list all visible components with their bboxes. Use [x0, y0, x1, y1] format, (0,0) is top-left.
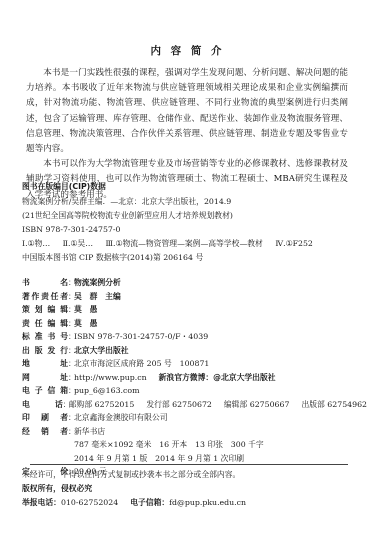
planning-editor-value: 莫 愚 [74, 303, 367, 317]
colophon-distributor-row: 经销者 ： 新华书店 [22, 425, 367, 439]
colophon-website-row: 网址 ： http://www.pup.cn新浪官方微博：@北京大学出版社 [22, 371, 367, 385]
cip-number: 中国版本图书馆 CIP 数据核字(2014)第 206164 号 [22, 251, 362, 265]
divider-rule [30, 464, 348, 465]
colophon-block: 书名 ： 物流案例分析 著作责任者 ： 吴 群 主编 策划编辑 ： 莫 愚 责任… [22, 276, 367, 479]
colophon-phone-row: 电话 ： 邮购部 62752015发行部 62750672编辑部 6275066… [22, 398, 367, 412]
colophon-edition-row: 2014 年 9 月第 1 版 2014 年 9 月第 1 次印刷 [22, 452, 367, 466]
colophon-label: 出版发行 [22, 344, 68, 358]
cip-line-series: (21世纪全国高等院校物流专业创新型应用人才培养规划教材) [22, 209, 362, 223]
report-phone-label: 举报电话： [22, 498, 61, 507]
author-value: 吴 群 主编 [74, 290, 367, 304]
email-value[interactable]: pup_6@163.com [74, 384, 367, 398]
report-contact: 举报电话：010-62752024电子信箱：fd@pup.pku.edu.cn [22, 496, 367, 510]
report-email[interactable]: fd@pup.pku.edu.cn [169, 498, 246, 507]
website-link[interactable]: http://www.pup.cn [74, 373, 147, 382]
colophon-label: 网址 [22, 371, 68, 385]
cip-class-1: Ⅰ.①物… [22, 239, 50, 248]
cip-class-4: Ⅳ.①F252 [275, 239, 313, 248]
colophon-address-row: 地址 ： 北京市海淀区成府路 205 号 100871 [22, 357, 367, 371]
phone-editorial: 编辑部 62750667 [224, 400, 290, 409]
colophon-label: 著作责任者 [22, 290, 68, 304]
phone-values: 邮购部 62752015发行部 62750672编辑部 62750667出版部 … [69, 398, 367, 412]
rights-reserved: 版权所有，侵权必究 [22, 482, 367, 496]
colophon-label: 责任编辑 [22, 317, 68, 331]
printer-value: 北京鑫海金澳胶印有限公司 [74, 411, 367, 425]
cip-isbn: ISBN 978-7-301-24757-0 [22, 223, 362, 237]
isbn-value: ISBN 978-7-301-24757-0/F・4039 [74, 330, 367, 344]
copyright-page: 内 容 简 介 本书是一门实践性很强的课程，强调对学生发现问题、分析问题、解决问… [0, 0, 375, 537]
cip-classification: Ⅰ.①物… Ⅱ.①吴… Ⅲ.①物流—物资管理—案例—高等学校—教材 Ⅳ.①F25… [22, 237, 362, 251]
book-title-value: 物流案例分析 [74, 276, 367, 290]
copyright-footer: 未经许可，不得以任何方式复制或抄袭本书之部分或全部内容。 版权所有，侵权必究 举… [22, 468, 367, 510]
colophon-label: 地址 [22, 357, 68, 371]
colophon-label: 印刷者 [22, 411, 68, 425]
colophon-responsible-editor-row: 责任编辑 ： 莫 愚 [22, 317, 367, 331]
colophon-label: 标准书号 [22, 330, 68, 344]
publisher-value: 北京大学出版社 [74, 344, 367, 358]
colophon-printer-row: 印刷者 ： 北京鑫海金澳胶印有限公司 [22, 411, 367, 425]
colophon-author-row: 著作责任者 ： 吴 群 主编 [22, 290, 367, 304]
intro-title: 内 容 简 介 [0, 43, 375, 58]
copy-notice: 未经许可，不得以任何方式复制或抄袭本书之部分或全部内容。 [22, 468, 367, 482]
cip-class-2: Ⅱ.①吴… [63, 239, 93, 248]
cip-class-3: Ⅲ.①物流—物资管理—案例—高等学校—教材 [106, 239, 263, 248]
colophon-label: 电话 [22, 398, 63, 412]
website-value: http://www.pup.cn新浪官方微博：@北京大学出版社 [74, 371, 367, 385]
intro-paragraph-1: 本书是一门实践性很强的课程，强调对学生发现问题、分析问题、解决问题的能力培养。本… [26, 66, 348, 157]
colophon-label: 电子信箱 [22, 384, 68, 398]
colophon-label: 策划编辑 [22, 303, 68, 317]
phone-mail-order: 邮购部 62752015 [69, 400, 135, 409]
address-value: 北京市海淀区成府路 205 号 100871 [74, 357, 367, 371]
cip-heading: 图书在版编目(CIP)数据 [22, 180, 362, 194]
report-email-label: 电子信箱： [130, 498, 169, 507]
weibo-value: 新浪官方微博：@北京大学出版社 [159, 373, 276, 382]
cip-data-block: 图书在版编目(CIP)数据 物流案例分析/吴群主编．—北京：北京大学出版社，20… [22, 180, 362, 265]
colophon-planning-editor-row: 策划编辑 ： 莫 愚 [22, 303, 367, 317]
colophon-label: 书名 [22, 276, 68, 290]
distributor-value: 新华书店 [74, 425, 367, 439]
report-phone: 010-62752024 [61, 498, 118, 507]
colophon-publisher-row: 出版发行 ： 北京大学出版社 [22, 344, 367, 358]
colophon-format-row: 787 毫米×1092 毫米 16 开本 13 印张 300 千字 [22, 438, 367, 452]
colophon-isbn-row: 标准书号 ： ISBN 978-7-301-24757-0/F・4039 [22, 330, 367, 344]
responsible-editor-value: 莫 愚 [74, 317, 367, 331]
cip-line-title: 物流案例分析/吴群主编．—北京：北京大学出版社，2014.9 [22, 195, 362, 209]
phone-distribution: 发行部 62750672 [146, 400, 212, 409]
phone-publishing: 出版部 62754962 [301, 400, 367, 409]
colophon-email-row: 电子信箱 ： pup_6@163.com [22, 384, 367, 398]
colophon-title-row: 书名 ： 物流案例分析 [22, 276, 367, 290]
colophon-label: 经销者 [22, 425, 68, 439]
